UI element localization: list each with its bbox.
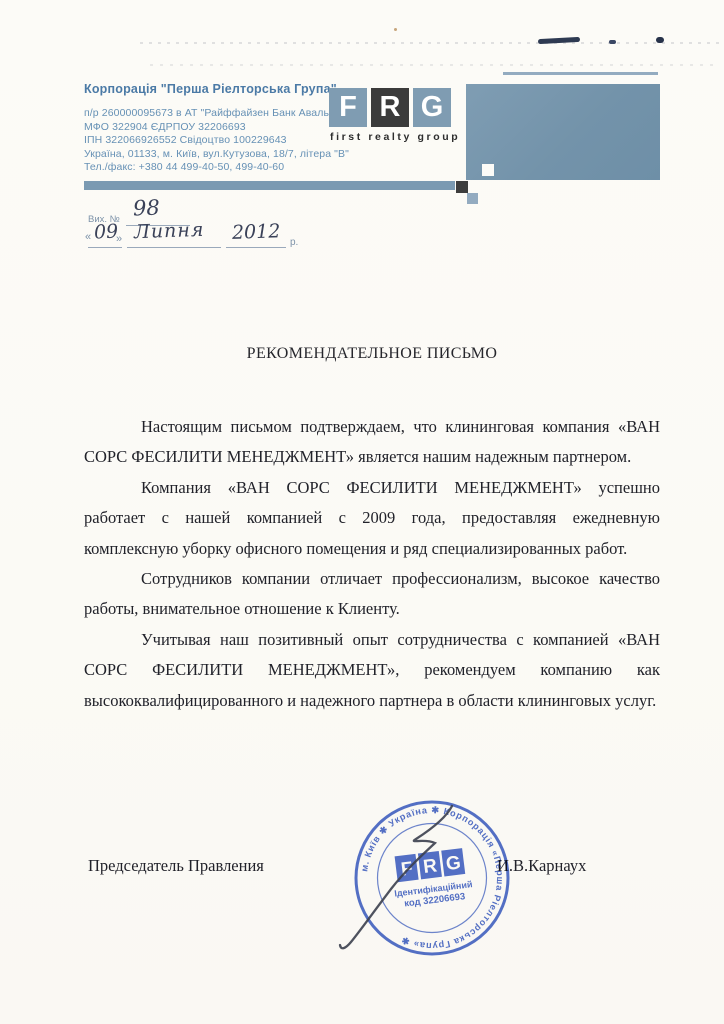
handwritten-year: 2012 [232, 220, 281, 244]
frg-logo: F R G [329, 88, 451, 127]
letter-paragraph: Сотрудников компании отличает профессион… [84, 564, 660, 625]
company-details: п/р 260000095673 в АТ "Райффайзен Банк А… [84, 107, 349, 175]
frg-logo-letter-f: F [329, 88, 367, 127]
quote-open: « [85, 231, 91, 243]
letter-paragraph: Компания «ВАН СОРС ФЕСИЛИТИ МЕНЕДЖМЕНТ» … [84, 473, 660, 564]
quote-close: » [116, 233, 122, 245]
frg-logo-letter-r: R [371, 88, 409, 127]
company-detail-line: МФО 322904 ЄДРПОУ 32206693 [84, 121, 349, 135]
letter-paragraph: Учитывая наш позитивный опыт сотрудничес… [84, 625, 660, 716]
letter-body: Настоящим письмом подтверждаем, что клин… [84, 412, 660, 716]
scan-artifact-dotted-line [140, 42, 720, 44]
handwritten-number: 98 [133, 196, 161, 221]
day-underline [88, 247, 122, 248]
letterhead-divider-bar [84, 181, 455, 190]
company-detail-line: Україна, 01133, м. Київ, вул.Кутузова, 1… [84, 148, 349, 162]
scan-artifact-ink-dot [656, 37, 664, 43]
company-detail-line: п/р 260000095673 в АТ "Райффайзен Банк А… [84, 107, 349, 121]
letter-paragraph: Настоящим письмом подтверждаем, что клин… [84, 412, 660, 473]
handwritten-day: 09 [93, 220, 118, 243]
letterhead-rectangle [466, 84, 660, 180]
scanned-letter-page: Корпорація "Перша Ріелторська Група" п/р… [0, 0, 724, 1024]
company-name: Корпорація "Перша Ріелторська Група" [84, 82, 337, 96]
company-detail-line: Тел./факс: +380 44 499-40-50, 499-40-60 [84, 161, 349, 175]
frg-logo-subtitle: first realty group [330, 131, 460, 143]
scan-artifact-ink-dot [609, 40, 616, 44]
handwritten-month: Липня [134, 219, 205, 243]
letterhead-thin-line [503, 72, 658, 75]
scan-artifact-speck [394, 28, 397, 31]
signer-position: Председатель Правления [88, 856, 264, 876]
year-underline [226, 247, 286, 248]
company-detail-line: ІПН 322066926552 Свідоцтво 100229643 [84, 134, 349, 148]
year-suffix-label: р. [290, 237, 298, 248]
letterhead-small-square [467, 193, 478, 204]
letterhead-notch-square [482, 164, 494, 176]
letter-title: РЕКОМЕНДАТЕЛЬНОЕ ПИСЬМО [84, 345, 660, 363]
scan-artifact-dotted-line [150, 64, 720, 66]
frg-logo-letter-g: G [413, 88, 451, 127]
month-underline [127, 247, 221, 248]
signature-scrawl [300, 780, 520, 980]
letterhead-dark-square [456, 181, 468, 193]
